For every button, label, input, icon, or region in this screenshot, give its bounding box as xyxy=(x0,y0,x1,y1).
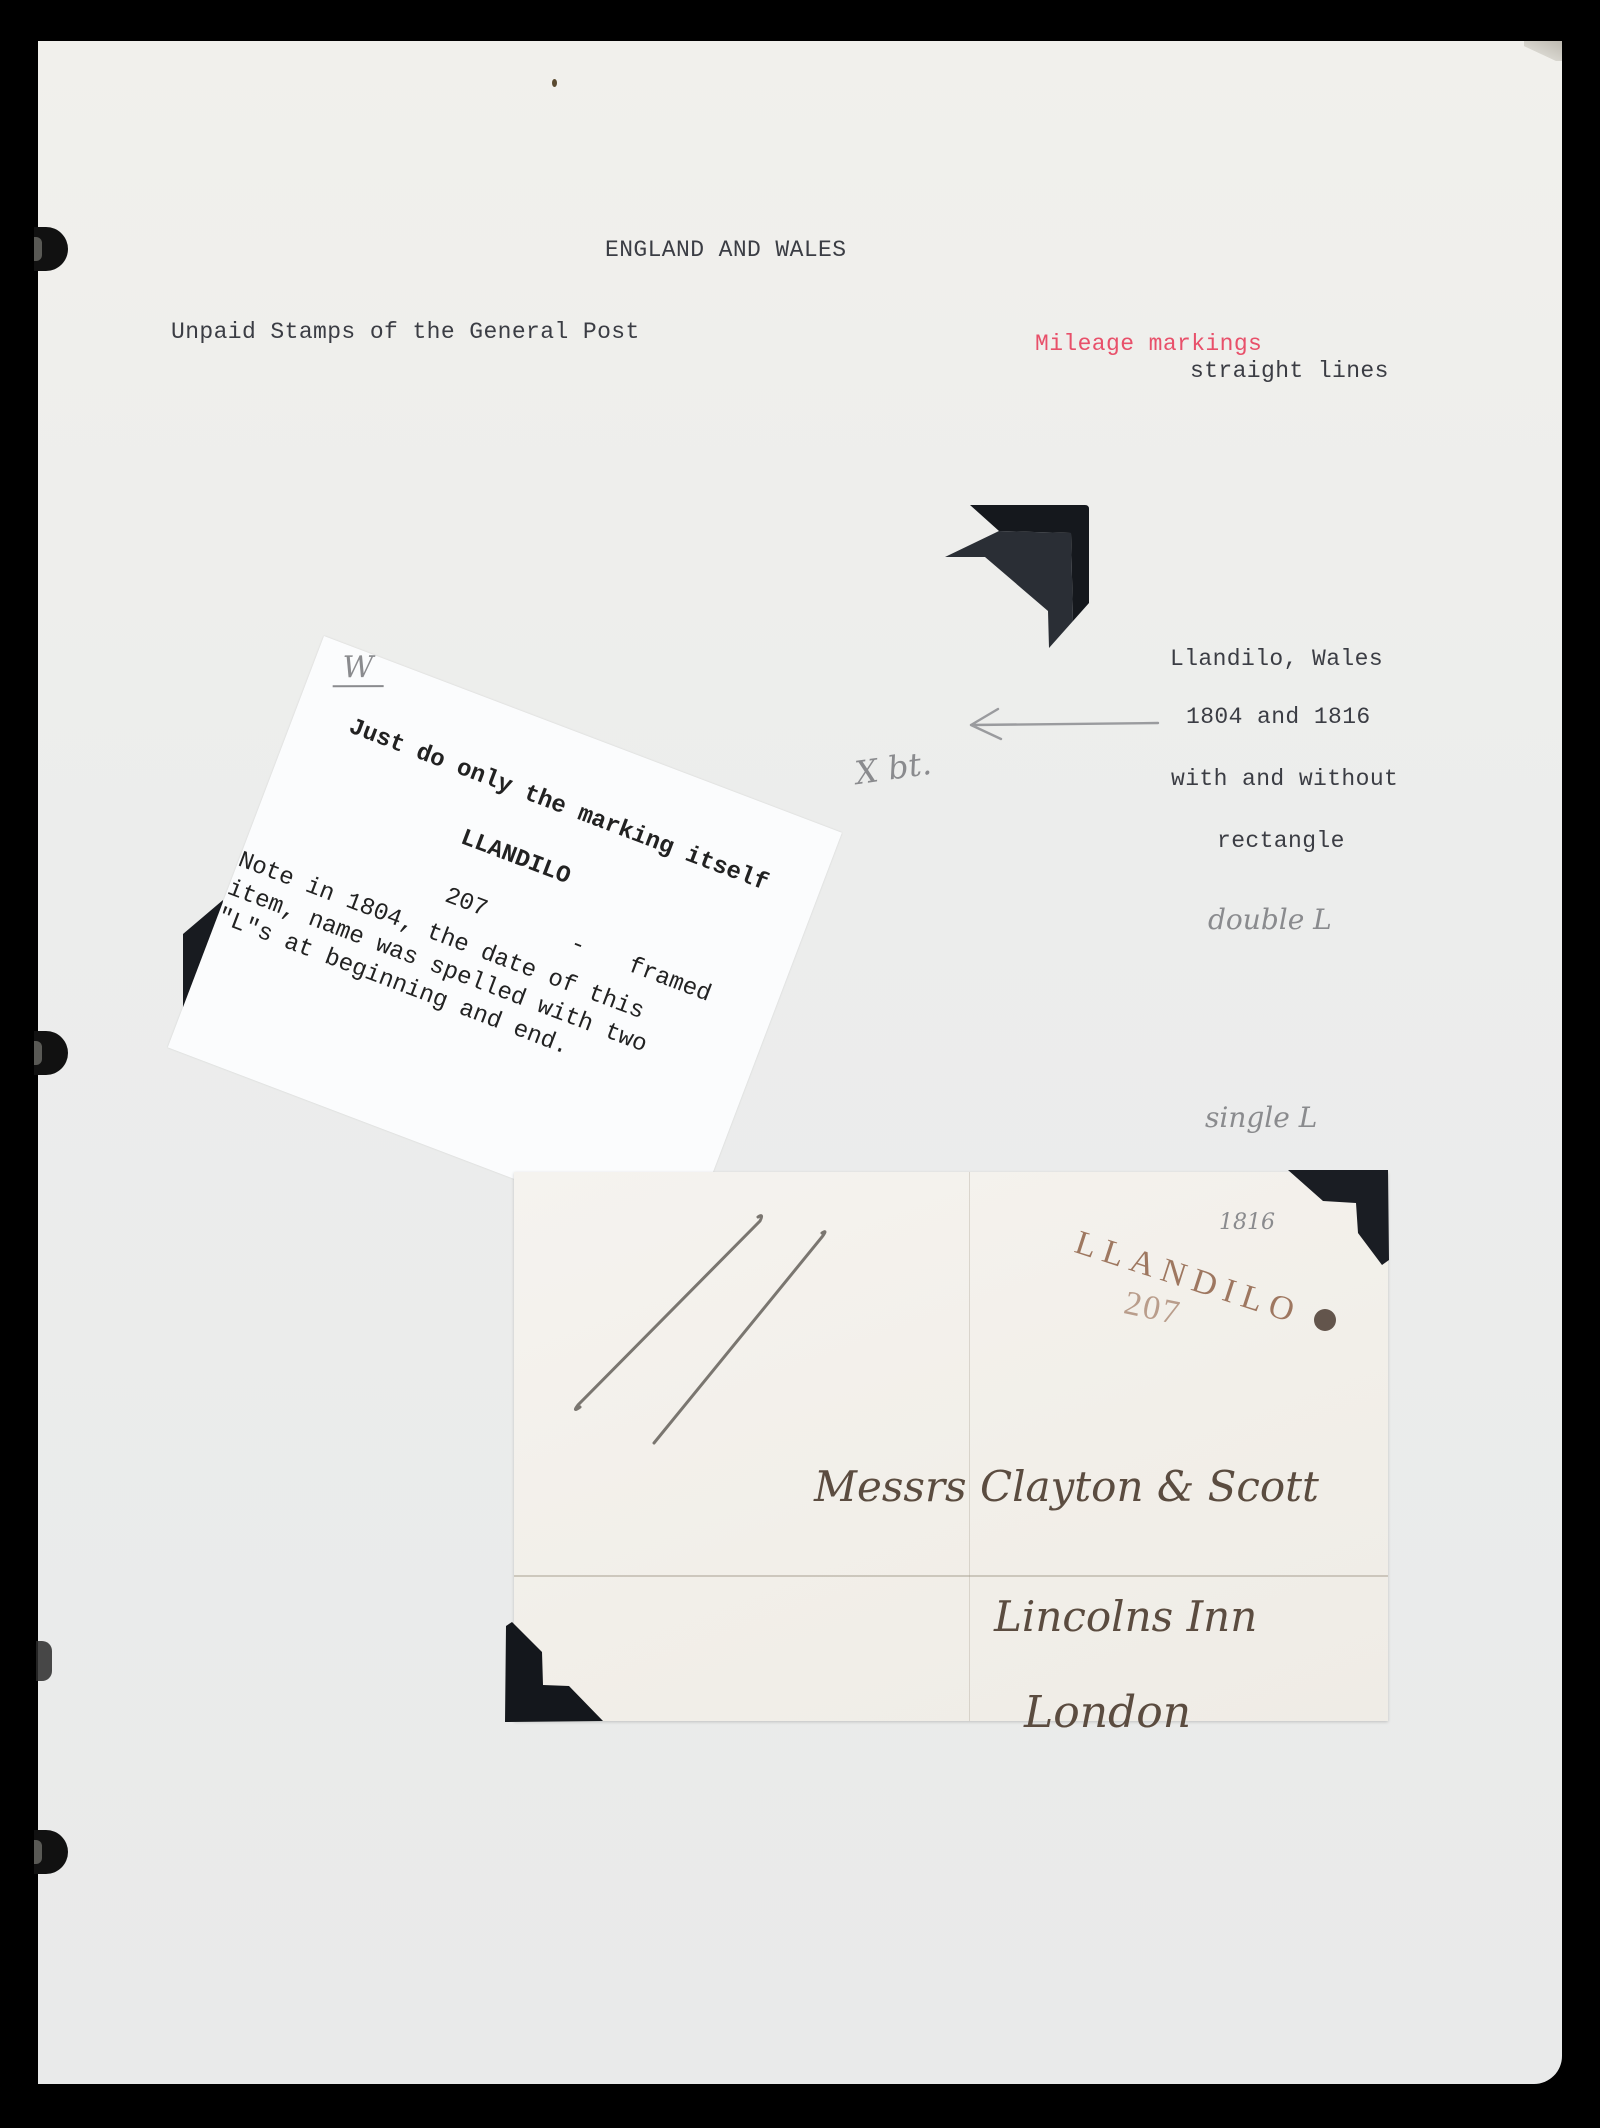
entire-letter: 11 1816 LLANDILO 207 Messrs Clayton & Sc… xyxy=(514,1172,1388,1721)
fold-line xyxy=(514,1575,1388,1577)
address-line: Messrs Clayton & Scott xyxy=(814,1462,1319,1511)
tear-mark-icon xyxy=(36,1641,52,1681)
address-line: London xyxy=(1024,1687,1191,1738)
card-marking-dash: - xyxy=(566,931,589,961)
binder-hole-icon xyxy=(34,227,68,271)
fold-line xyxy=(969,1172,970,1721)
card-marking-number: 207 xyxy=(441,883,491,924)
card-note-line: item, name was spelled with two xyxy=(224,875,651,1059)
pencil-note-single: single L xyxy=(1205,1101,1317,1134)
postmark-town: LLANDILO xyxy=(1070,1224,1306,1333)
photo-corner-mount-icon xyxy=(505,1622,605,1724)
photo-corner-mount-icon xyxy=(945,505,1090,650)
photo-corner-mount-icon xyxy=(1288,1168,1390,1266)
binder-hole-icon xyxy=(34,1031,68,1075)
page-subtitle: Unpaid Stamps of the General Post xyxy=(171,319,640,345)
category-sub: straight lines xyxy=(1190,358,1389,384)
address-line: Lincolns Inn xyxy=(994,1592,1257,1641)
card-marking-name: LLANDILO xyxy=(457,825,574,891)
description-line: Llandilo, Wales xyxy=(1170,646,1383,672)
page-title: ENGLAND AND WALES xyxy=(605,237,846,263)
card-pencil-mark: W xyxy=(333,650,384,687)
pencil-note-double: double L xyxy=(1208,903,1332,936)
manuscript-rate-mark xyxy=(564,1207,844,1467)
pencil-note-xbt: X bt. xyxy=(853,744,934,792)
binder-hole-icon xyxy=(34,1830,68,1874)
description-line: rectangle xyxy=(1217,828,1345,854)
page-corner-fold xyxy=(1524,41,1562,61)
category-label: Mileage markings xyxy=(1035,331,1262,357)
description-line: with and without xyxy=(1171,766,1398,792)
arrow-left-icon xyxy=(963,701,1163,751)
postmark-blot xyxy=(1314,1309,1336,1331)
description-line: 1804 and 1816 xyxy=(1186,704,1371,730)
pencil-year: 1816 xyxy=(1219,1210,1275,1235)
ink-dot xyxy=(552,79,557,87)
